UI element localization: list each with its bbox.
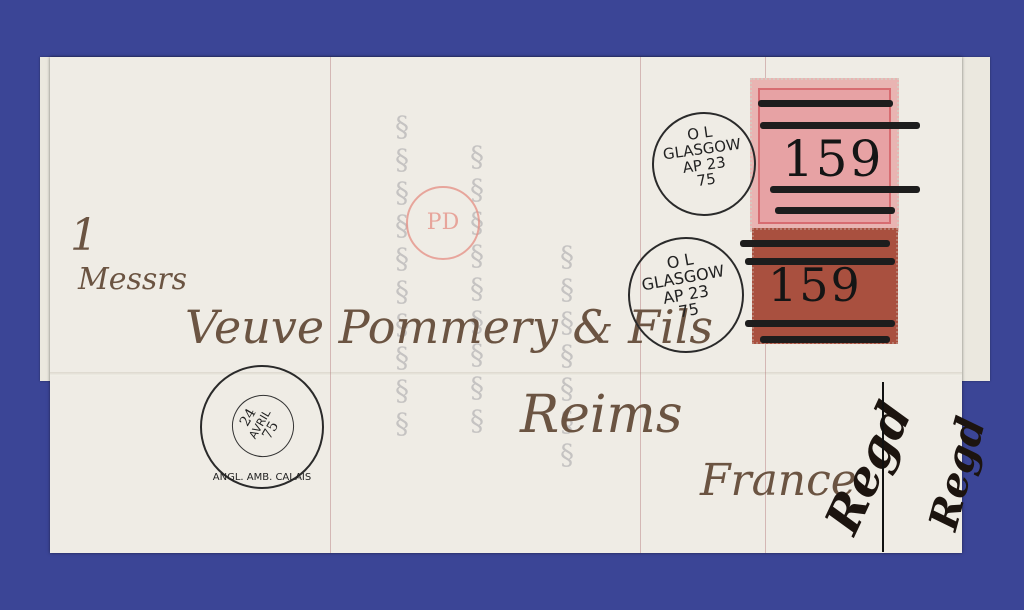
cancel-bar xyxy=(775,207,895,214)
cancel-number: 159 xyxy=(782,130,883,188)
fold-line xyxy=(50,372,962,376)
pd-postmark: PD xyxy=(406,186,480,260)
left-mark: 1 xyxy=(70,210,98,261)
salutation: Messrs xyxy=(78,262,187,297)
cancel-bar xyxy=(758,100,893,107)
cancel-bar xyxy=(760,122,920,129)
cancel-number: 159 xyxy=(768,258,862,312)
cancel-bar xyxy=(745,320,895,327)
cancel-bar xyxy=(760,336,890,343)
calais-postmark: 24 AVRIL 75 ANGL. AMB. CALAIS xyxy=(200,365,324,489)
ink-stroke xyxy=(882,382,884,552)
cancel-bar xyxy=(740,240,890,247)
address-city: Reims xyxy=(520,385,683,445)
